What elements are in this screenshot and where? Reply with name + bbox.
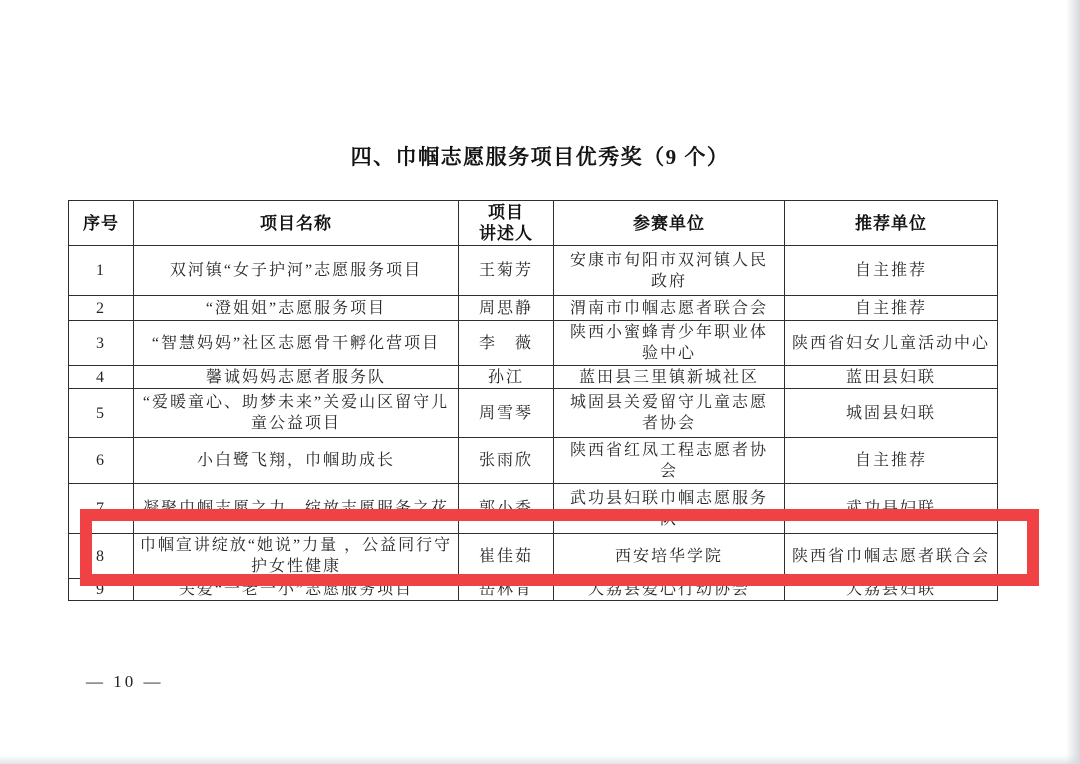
scan-edge-bottom: [0, 755, 1080, 764]
column-header-presenter: 项目 讲述人: [459, 201, 554, 246]
unit-cell: 渭南市巾帼志愿者联合会: [554, 296, 785, 321]
project-name-cell: 双河镇“女子护河”志愿服务项目: [134, 246, 459, 296]
presenter-cell: 李 薇: [459, 321, 554, 366]
serial-cell: 2: [69, 296, 134, 321]
presenter-cell: 王菊芳: [459, 246, 554, 296]
recommender-cell: 蓝田县妇联: [785, 366, 998, 389]
recommender-cell: 自主推荐: [785, 438, 998, 484]
page-number: — 10 —: [86, 672, 164, 692]
serial-cell: 5: [69, 389, 134, 438]
table-row: 4 馨诚妈妈志愿者服务队 孙江 蓝田县三里镇新城社区 蓝田县妇联: [69, 366, 998, 389]
presenter-cell: 周思静: [459, 296, 554, 321]
presenter-cell: 周雪琴: [459, 389, 554, 438]
serial-cell: 6: [69, 438, 134, 484]
table-header-row: 序号 项目名称 项目 讲述人 参赛单位 推荐单位: [69, 201, 998, 246]
column-header-project-name: 项目名称: [134, 201, 459, 246]
table-row: 6 小白鹭飞翔，巾帼助成长 张雨欣 陕西省红凤工程志愿者协会 自主推荐: [69, 438, 998, 484]
table-row: 5 “爱暖童心、助梦未来”关爱山区留守儿童公益项目 周雪琴 城固县关爱留守儿童志…: [69, 389, 998, 438]
unit-cell: 陕西小蜜蜂青少年职业体验中心: [554, 321, 785, 366]
project-name-cell: 馨诚妈妈志愿者服务队: [134, 366, 459, 389]
recommender-cell: 自主推荐: [785, 246, 998, 296]
serial-cell: 4: [69, 366, 134, 389]
project-name-cell: “智慧妈妈”社区志愿骨干孵化营项目: [134, 321, 459, 366]
recommender-cell: 自主推荐: [785, 296, 998, 321]
serial-cell: 3: [69, 321, 134, 366]
table-row: 3 “智慧妈妈”社区志愿骨干孵化营项目 李 薇 陕西小蜜蜂青少年职业体验中心 陕…: [69, 321, 998, 366]
column-header-serial: 序号: [69, 201, 134, 246]
table-row: 1 双河镇“女子护河”志愿服务项目 王菊芳 安康市旬阳市双河镇人民政府 自主推荐: [69, 246, 998, 296]
project-name-cell: 小白鹭飞翔，巾帼助成长: [134, 438, 459, 484]
project-name-cell: “爱暖童心、助梦未来”关爱山区留守儿童公益项目: [134, 389, 459, 438]
presenter-cell: 张雨欣: [459, 438, 554, 484]
section-title: 四、巾帼志愿服务项目优秀奖（9 个）: [0, 141, 1080, 171]
scan-edge-right: [1066, 0, 1080, 764]
presenter-cell: 孙江: [459, 366, 554, 389]
table-row: 2 “澄姐姐”志愿服务项目 周思静 渭南市巾帼志愿者联合会 自主推荐: [69, 296, 998, 321]
unit-cell: 陕西省红凤工程志愿者协会: [554, 438, 785, 484]
recommender-cell: 陕西省妇女儿童活动中心: [785, 321, 998, 366]
column-header-recommender: 推荐单位: [785, 201, 998, 246]
recommender-cell: 城固县妇联: [785, 389, 998, 438]
serial-cell: 1: [69, 246, 134, 296]
column-header-unit: 参赛单位: [554, 201, 785, 246]
unit-cell: 城固县关爱留守儿童志愿者协会: [554, 389, 785, 438]
project-name-cell: “澄姐姐”志愿服务项目: [134, 296, 459, 321]
document-page: 四、巾帼志愿服务项目优秀奖（9 个） 序号 项目名称 项目 讲述人 参赛单位 推…: [0, 0, 1080, 764]
unit-cell: 蓝田县三里镇新城社区: [554, 366, 785, 389]
red-highlight-annotation-box: [80, 509, 1039, 586]
unit-cell: 安康市旬阳市双河镇人民政府: [554, 246, 785, 296]
